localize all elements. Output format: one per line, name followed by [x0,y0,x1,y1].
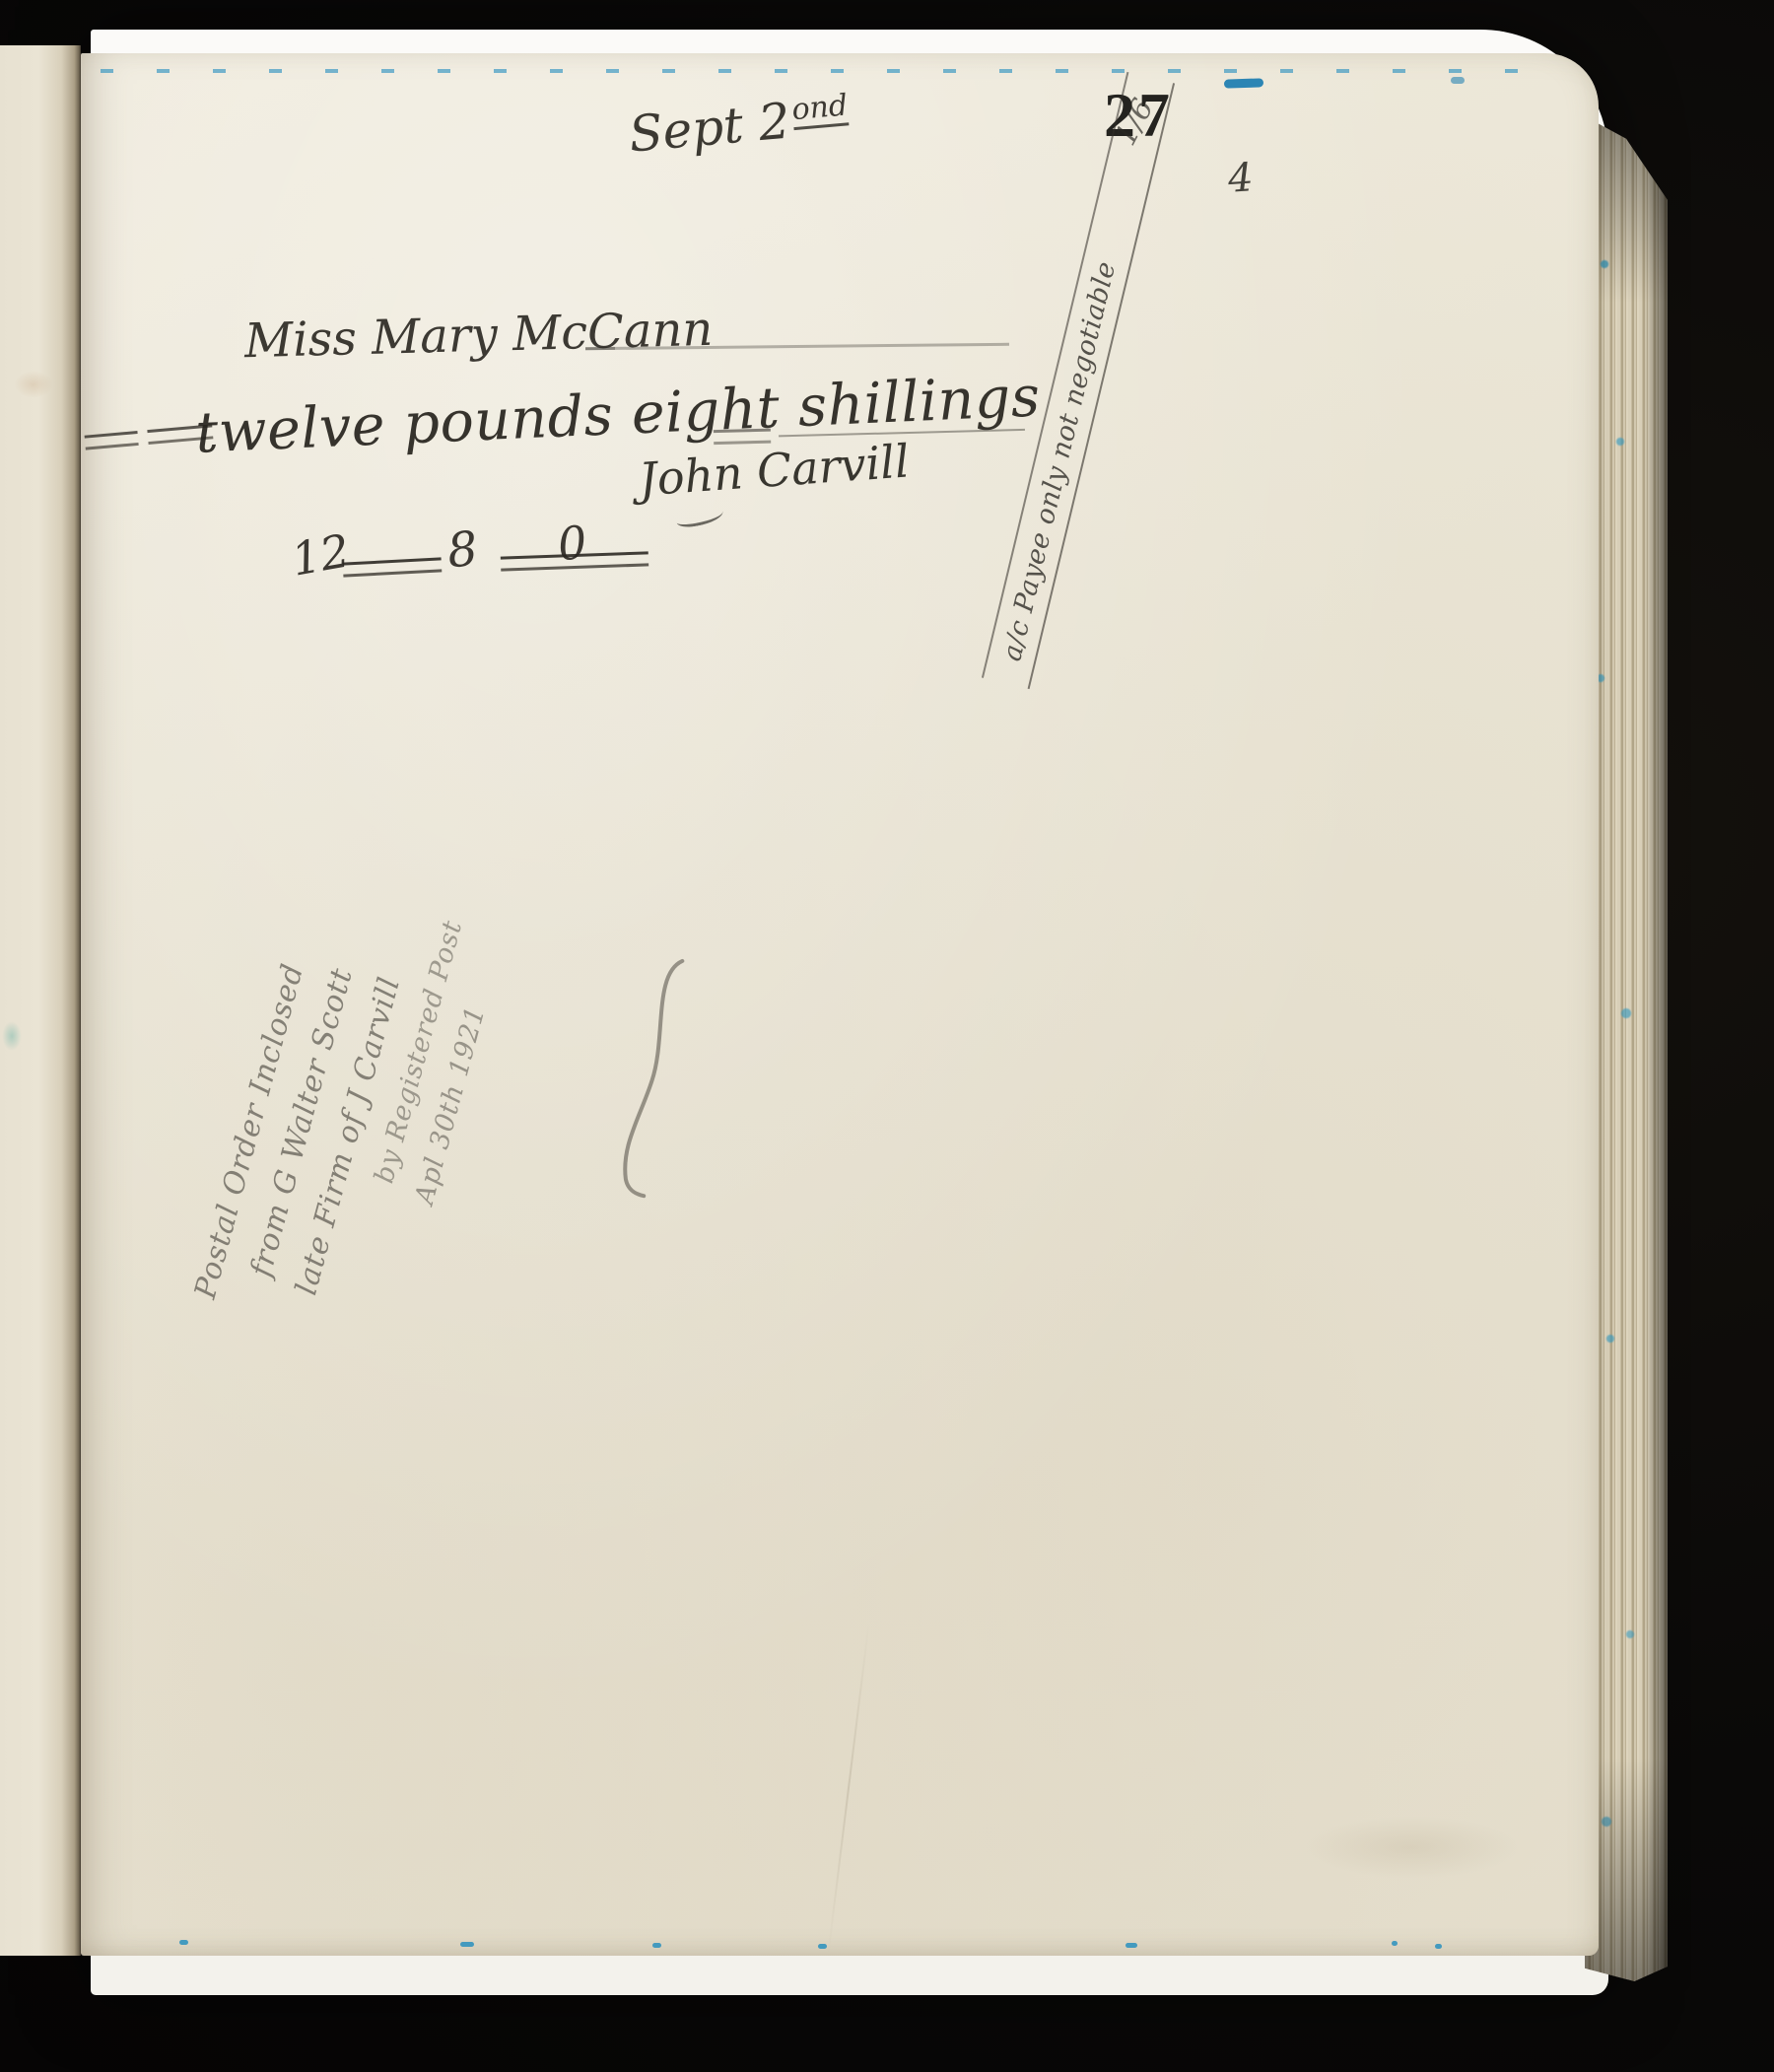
blue-edge-speck [818,1944,827,1949]
crossing-note: a/c Payee only not negotiable [990,258,1122,687]
amount-shillings: 8 [444,521,480,580]
amount-rule [343,557,443,577]
entry-date-ordinal: ond [790,89,850,131]
payee-name: Miss Mary McCann [243,302,714,369]
blue-edge-speck [1126,1943,1137,1948]
blue-edge-speck [652,1943,661,1948]
entry-date-text: Sept 2 [627,93,792,164]
blue-edge-speck [179,1940,188,1945]
amount-pence: 0 [555,516,589,572]
blue-edge-speck [460,1942,474,1947]
book-scan-scene: 27 Sept 2ond 4 a/c Payee only not negoti… [0,0,1774,2072]
entry-date: Sept 2ond [627,87,851,163]
blue-edge-dashes [101,69,1559,73]
blue-edge-speck [1392,1941,1398,1946]
paper-stain [14,371,53,398]
blue-edge-speck [1451,77,1465,84]
dash-mark [85,431,139,450]
teal-ink-mark [2,1021,22,1051]
blue-edge-speck [1224,78,1263,88]
amount-in-words: twelve pounds eight shillings [194,364,1042,465]
brace-flourish-icon [604,949,693,1201]
page-stain [1303,1816,1520,1879]
blue-edge-speck [1435,1944,1442,1949]
amount-lead-dashes [85,424,214,449]
paper-crease [827,1622,869,1955]
dash-mark [714,429,771,446]
payer-signature: John Carvill [637,434,911,506]
facing-page-edge [0,45,81,1956]
registration-memo-text: Postal Order Inclosed from G Walter Scot… [187,722,566,1353]
signature-flourish [675,505,724,529]
registration-memo: Postal Order Inclosed from G Walter Scot… [191,684,595,1364]
ledger-page: 27 Sept 2ond 4 a/c Payee only not negoti… [81,53,1599,1956]
entry-ref-number: 4 [1226,155,1255,202]
